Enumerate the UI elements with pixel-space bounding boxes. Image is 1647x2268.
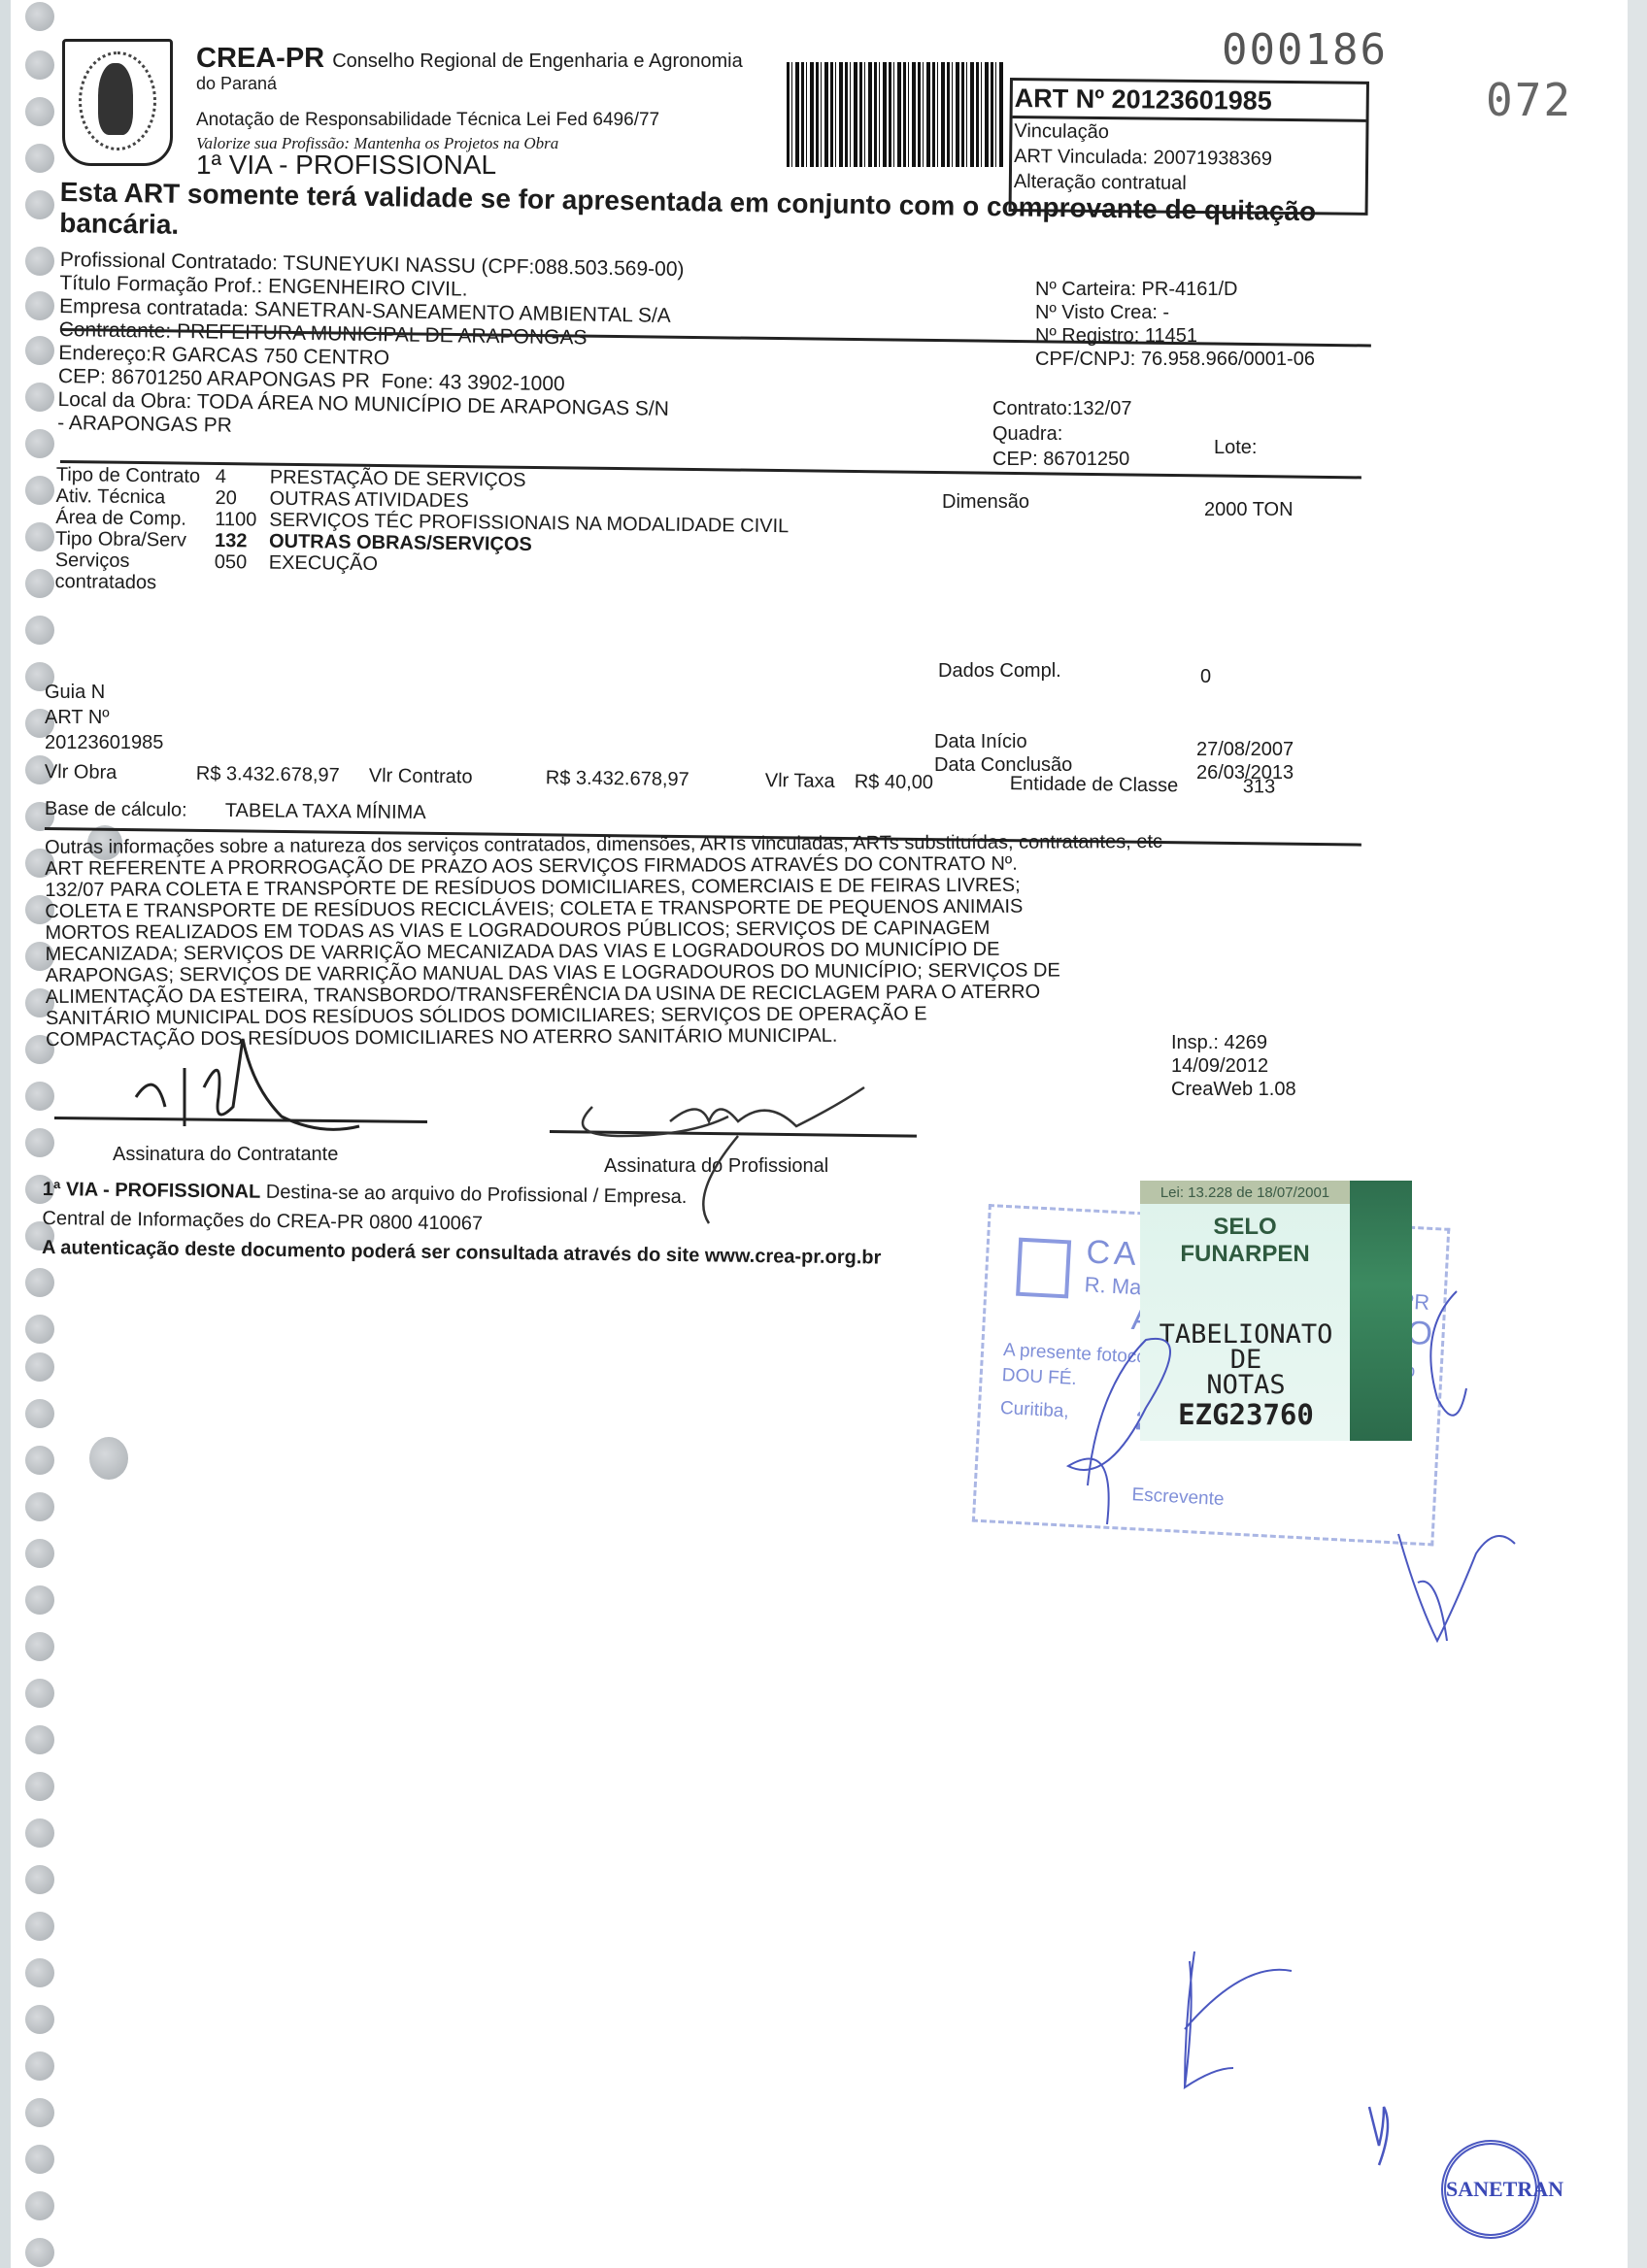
vlr-contrato-label: Vlr Contrato — [369, 765, 546, 789]
contractor-signature-label: Assinatura do Contratante — [113, 1144, 338, 1166]
dados-compl-value: 0 — [1200, 666, 1211, 688]
binder-hole — [25, 1268, 54, 1297]
org-name: Conselho Regional de Engenharia e Agrono… — [332, 50, 743, 72]
base-calculo-row: Base de cálculo:TABELA TAXA MÍNIMA — [45, 798, 426, 824]
start-date: 27/08/2007 — [1196, 738, 1294, 761]
vlr-taxa-label: Vlr Taxa — [765, 770, 855, 793]
dates-labels: Data Início Data Conclusão — [934, 730, 1072, 777]
binder-hole — [25, 190, 54, 219]
binder-hole — [25, 1865, 54, 1894]
doc-subtitle: Anotação de Responsabilidade Técnica Lei… — [196, 110, 659, 131]
notary-cross-icon — [1016, 1238, 1071, 1299]
visto-number: Nº Visto Crea: - — [1035, 301, 1315, 324]
binder-hole — [25, 50, 54, 80]
binder-hole — [25, 1082, 54, 1111]
lote-label: Lote: — [1214, 437, 1257, 459]
binder-hole — [25, 1958, 54, 1987]
binder-hole — [25, 2, 54, 31]
page-number-stamp: 000186 — [1222, 25, 1388, 75]
inspection-block: Insp.: 4269 14/09/2012 CreaWeb 1.08 — [1171, 1031, 1296, 1101]
binder-hole — [25, 1632, 54, 1661]
binder-hole — [25, 569, 54, 598]
guia-art-label: ART Nº — [45, 705, 163, 730]
binder-hole — [25, 1772, 54, 1801]
contract-block: Contrato:132/07 Quadra: CEP: 86701250 — [992, 396, 1131, 472]
cnpj: CPF/CNPJ: 76.958.966/0001-06 — [1035, 348, 1315, 371]
sanetran-company-seal: SANETRAN — [1441, 2140, 1540, 2239]
binder-hole — [25, 616, 54, 645]
binder-hole — [25, 97, 54, 126]
system-version: CreaWeb 1.08 — [1171, 1078, 1296, 1101]
entidade-label: Entidade de Classe — [1010, 773, 1243, 798]
vlr-contrato-value: R$ 3.432.678,97 — [546, 767, 765, 792]
binder-hole — [25, 2145, 54, 2174]
binder-hole — [25, 1492, 54, 1521]
binder-hole — [25, 1315, 54, 1344]
contractor-signature — [126, 1029, 437, 1136]
vlr-taxa-value: R$ 40,00 — [855, 771, 1010, 795]
start-date-label: Data Início — [934, 730, 1072, 753]
registration-block: Nº Carteira: PR-4161/D Nº Visto Crea: - … — [1035, 278, 1315, 371]
guia-label: Guia N — [45, 680, 163, 705]
seal-title: SELOFUNARPEN — [1140, 1214, 1350, 1268]
quadra-label: Quadra: — [992, 421, 1131, 447]
dados-compl-label: Dados Compl. — [938, 660, 1061, 683]
org-acronym: CREA-PR — [196, 43, 324, 74]
binder-hole — [25, 144, 54, 173]
classification-table: Tipo de Contrato4PRESTAÇÃO DE SERVIÇOS A… — [54, 464, 790, 601]
barcode — [787, 62, 1005, 167]
values-row: Vlr ObraR$ 3.432.678,97Vlr ContratoR$ 3.… — [45, 761, 1276, 798]
binder-hole — [25, 1128, 54, 1157]
base-calculo-label: Base de cálculo: — [45, 798, 225, 822]
guia-block: Guia N ART Nº 20123601985 — [45, 680, 163, 755]
binder-hole — [25, 1352, 54, 1382]
inspection-date: 14/09/2012 — [1171, 1054, 1296, 1078]
entidade-value: 313 — [1243, 776, 1276, 797]
art-number: ART Nº 20123601985 — [1013, 81, 1366, 122]
binder-hole — [25, 2005, 54, 2034]
punch-hole — [89, 1437, 128, 1480]
binder-hole — [25, 336, 54, 365]
base-calculo-value: TABELA TAXA MÍNIMA — [225, 800, 426, 823]
scan-edge-left — [0, 0, 11, 2268]
binder-hole — [25, 1912, 54, 1941]
registro-number: Nº Registro: 11451 — [1035, 324, 1315, 348]
binder-hole — [25, 247, 54, 276]
folio-stamp: 072 — [1486, 74, 1572, 126]
crea-logo-icon — [62, 39, 173, 166]
dimensao-value: 2000 TON — [1204, 499, 1294, 521]
binder-hole — [25, 1725, 54, 1754]
seal-law: Lei: 13.228 de 18/07/2001 — [1140, 1184, 1350, 1201]
binder-hole — [25, 1818, 54, 1848]
carteira-number: Nº Carteira: PR-4161/D — [1035, 278, 1315, 301]
contract-number: Contrato:132/07 — [992, 396, 1131, 421]
binder-hole — [25, 1399, 54, 1428]
binder-hole — [25, 2098, 54, 2127]
binder-hole — [25, 522, 54, 551]
copy-label: 1ª VIA - PROFISSIONAL — [196, 150, 496, 181]
vinculacao-label: Vinculação — [1012, 118, 1365, 148]
dimensao-label: Dimensão — [942, 491, 1029, 514]
org-title: CREA-PR Conselho Regional de Engenharia … — [196, 43, 743, 75]
professional-block: Profissional Contratado: TSUNEYUKI NASSU… — [57, 249, 685, 445]
other-info: Outras informações sobre a natureza dos … — [45, 831, 1163, 1051]
binder-hole — [25, 1679, 54, 1708]
binder-hole — [25, 1539, 54, 1568]
vlr-obra-label: Vlr Obra — [45, 761, 196, 785]
binder-hole — [25, 291, 54, 320]
binder-hole — [25, 383, 54, 412]
art-vinculada: ART Vinculada: 20071938369 — [1012, 144, 1365, 173]
binder-hole — [25, 2191, 54, 2220]
binder-hole — [25, 429, 54, 458]
binder-hole — [25, 2051, 54, 2081]
binder-hole — [25, 2238, 54, 2267]
binder-hole — [25, 1446, 54, 1475]
org-name-line2: do Paraná — [196, 74, 277, 94]
vlr-obra-value: R$ 3.432.678,97 — [196, 763, 369, 787]
binder-hole — [25, 1585, 54, 1615]
binder-hole — [25, 476, 54, 505]
guia-art-number: 20123601985 — [45, 730, 163, 755]
notary-signatures — [1049, 1291, 1631, 2165]
work-cep: CEP: 86701250 — [992, 447, 1131, 472]
footer: 1ª VIA - PROFISSIONAL Destina-se ao arqu… — [42, 1175, 882, 1273]
inspection-number: Insp.: 4269 — [1171, 1031, 1296, 1054]
